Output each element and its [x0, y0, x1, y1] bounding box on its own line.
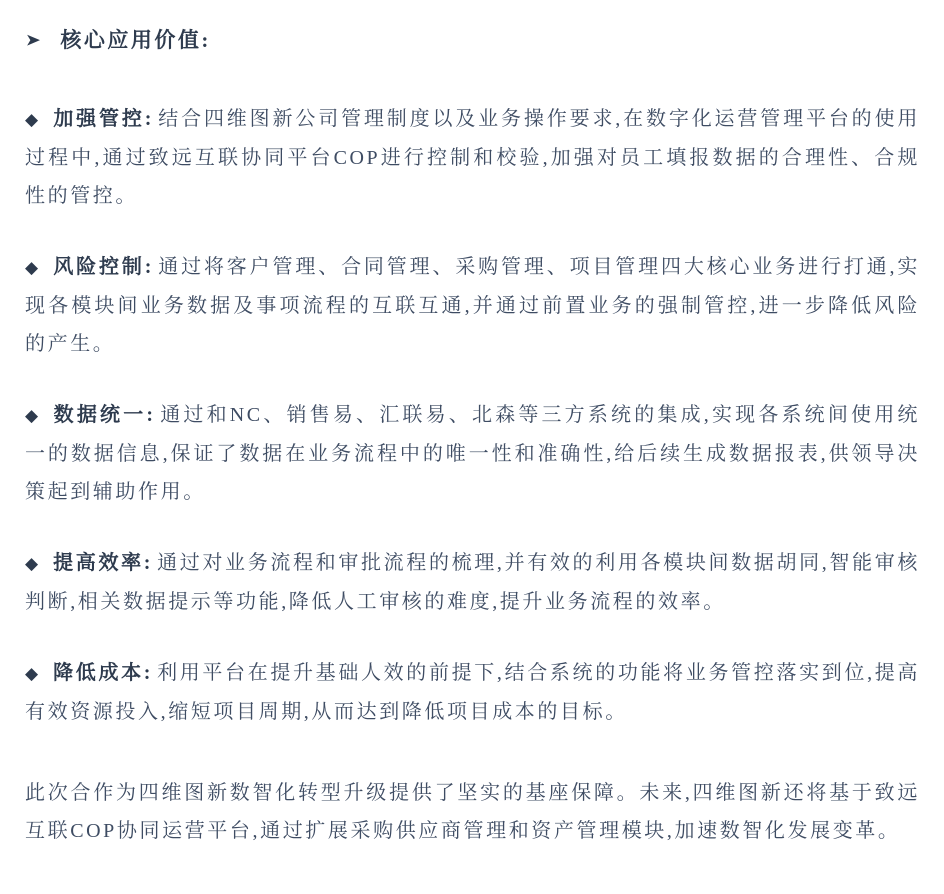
- bullet-text: 通过对业务流程和审批流程的梳理,并有效的利用各模块间数据胡同,智能审核判断,相关…: [25, 552, 920, 613]
- bullet-label: 加强管控:: [53, 108, 154, 130]
- bullet-item-data-unification: ◆数据统一:通过和NC、销售易、汇联易、北森等三方系统的集成,实现各系统间使用统…: [25, 396, 920, 511]
- bullet-text: 通过和NC、销售易、汇联易、北森等三方系统的集成,实现各系统间使用统一的数据信息…: [25, 404, 920, 503]
- bullet-label: 降低成本:: [53, 662, 153, 684]
- section-title-text: 核心应用价值:: [60, 26, 211, 54]
- bullet-item-cost-reduction: ◆降低成本:利用平台在提升基础人效的前提下,结合系统的功能将业务管控落实到位,提…: [25, 654, 920, 731]
- bullet-label: 风险控制:: [53, 256, 154, 278]
- bullet-text: 通过将客户管理、合同管理、采购管理、项目管理四大核心业务进行打通,实现各模块间业…: [25, 256, 920, 355]
- document-page: ➤ 核心应用价值: ◆加强管控:结合四维图新公司管理制度以及业务操作要求,在数字…: [0, 0, 944, 894]
- diamond-bullet-icon: ◆: [25, 258, 38, 278]
- bullet-item-risk-control: ◆风险控制:通过将客户管理、合同管理、采购管理、项目管理四大核心业务进行打通,实…: [25, 248, 920, 363]
- diamond-bullet-icon: ◆: [25, 110, 38, 130]
- section-title: ➤ 核心应用价值:: [25, 26, 920, 54]
- bullet-text: 结合四维图新公司管理制度以及业务操作要求,在数字化运营管理平台的使用过程中,通过…: [25, 108, 920, 207]
- bullet-label: 数据统一:: [54, 404, 156, 426]
- closing-paragraph: 此次合作为四维图新数智化转型升级提供了坚实的基座保障。未来,四维图新还将基于致远…: [25, 774, 920, 850]
- diamond-bullet-icon: ◆: [25, 554, 38, 574]
- bullet-item-efficiency: ◆提高效率:通过对业务流程和审批流程的梳理,并有效的利用各模块间数据胡同,智能审…: [25, 544, 920, 621]
- diamond-bullet-icon: ◆: [25, 406, 39, 426]
- arrow-bullet-icon: ➤: [25, 27, 43, 52]
- bullet-item-strengthen-control: ◆加强管控:结合四维图新公司管理制度以及业务操作要求,在数字化运营管理平台的使用…: [25, 100, 920, 215]
- bullet-text: 利用平台在提升基础人效的前提下,结合系统的功能将业务管控落实到位,提高有效资源投…: [25, 662, 920, 723]
- bullet-label: 提高效率:: [53, 552, 153, 574]
- diamond-bullet-icon: ◆: [25, 664, 38, 684]
